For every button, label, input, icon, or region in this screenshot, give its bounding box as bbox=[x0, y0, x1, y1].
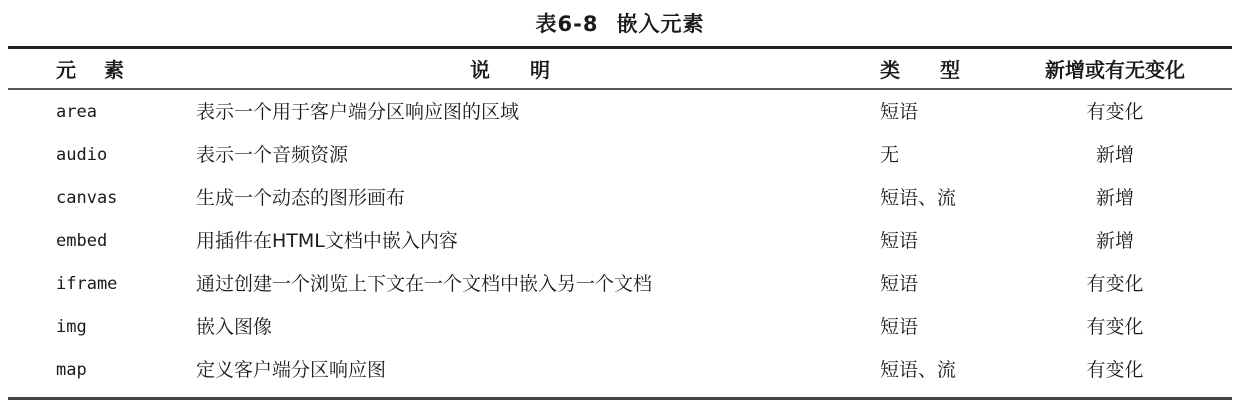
table-header-row: 元素 说明 类型 新增或有无变化 bbox=[0, 52, 1240, 88]
table-row: iframe 通过创建一个浏览上下文在一个文档中嵌入另一个文档 短语 有变化 bbox=[0, 266, 1240, 302]
cell-change: 有变化 bbox=[1060, 266, 1170, 302]
table-row: area 表示一个用于客户端分区响应图的区域 短语 有变化 bbox=[0, 94, 1240, 130]
table-row: embed 用插件在HTML文档中嵌入内容 短语 新增 bbox=[0, 223, 1240, 259]
header-element: 元素 bbox=[56, 52, 146, 88]
table-row: map 定义客户端分区响应图 短语、流 有变化 bbox=[0, 352, 1240, 388]
table-row: img 嵌入图像 短语 有变化 bbox=[0, 309, 1240, 345]
cell-type: 短语 bbox=[880, 94, 918, 130]
table-number: 表6-8 bbox=[536, 12, 599, 36]
cell-element: area bbox=[56, 94, 97, 130]
table-caption: 表6-8嵌入元素 bbox=[0, 8, 1240, 38]
cell-element: img bbox=[56, 309, 87, 345]
cell-change: 新增 bbox=[1060, 223, 1170, 259]
cell-type: 短语 bbox=[880, 309, 918, 345]
cell-change: 有变化 bbox=[1060, 352, 1170, 388]
cell-description: 嵌入图像 bbox=[196, 309, 272, 345]
cell-description: 定义客户端分区响应图 bbox=[196, 352, 386, 388]
cell-change: 有变化 bbox=[1060, 94, 1170, 130]
cell-type: 短语 bbox=[880, 223, 918, 259]
cell-element: canvas bbox=[56, 180, 117, 216]
cell-description: 表示一个用于客户端分区响应图的区域 bbox=[196, 94, 519, 130]
cell-element: iframe bbox=[56, 266, 117, 302]
cell-type: 无 bbox=[880, 137, 899, 173]
cell-description: 用插件在HTML文档中嵌入内容 bbox=[196, 223, 458, 259]
table-row: audio 表示一个音频资源 无 新增 bbox=[0, 137, 1240, 173]
cell-type: 短语 bbox=[880, 266, 918, 302]
header-description: 说明 bbox=[470, 52, 610, 88]
header-type: 类型 bbox=[880, 52, 1000, 88]
top-rule bbox=[8, 46, 1232, 49]
header-rule bbox=[8, 88, 1232, 90]
cell-type: 短语、流 bbox=[880, 352, 956, 388]
table-title: 嵌入元素 bbox=[616, 12, 704, 36]
table-row: canvas 生成一个动态的图形画布 短语、流 新增 bbox=[0, 180, 1240, 216]
cell-element: audio bbox=[56, 137, 107, 173]
cell-change: 有变化 bbox=[1060, 309, 1170, 345]
bottom-rule bbox=[8, 397, 1232, 400]
cell-type: 短语、流 bbox=[880, 180, 956, 216]
cell-description: 生成一个动态的图形画布 bbox=[196, 180, 405, 216]
header-change: 新增或有无变化 bbox=[1010, 52, 1220, 88]
cell-description: 表示一个音频资源 bbox=[196, 137, 348, 173]
cell-element: map bbox=[56, 352, 87, 388]
cell-description: 通过创建一个浏览上下文在一个文档中嵌入另一个文档 bbox=[196, 266, 652, 302]
cell-element: embed bbox=[56, 223, 107, 259]
cell-change: 新增 bbox=[1060, 180, 1170, 216]
cell-change: 新增 bbox=[1060, 137, 1170, 173]
